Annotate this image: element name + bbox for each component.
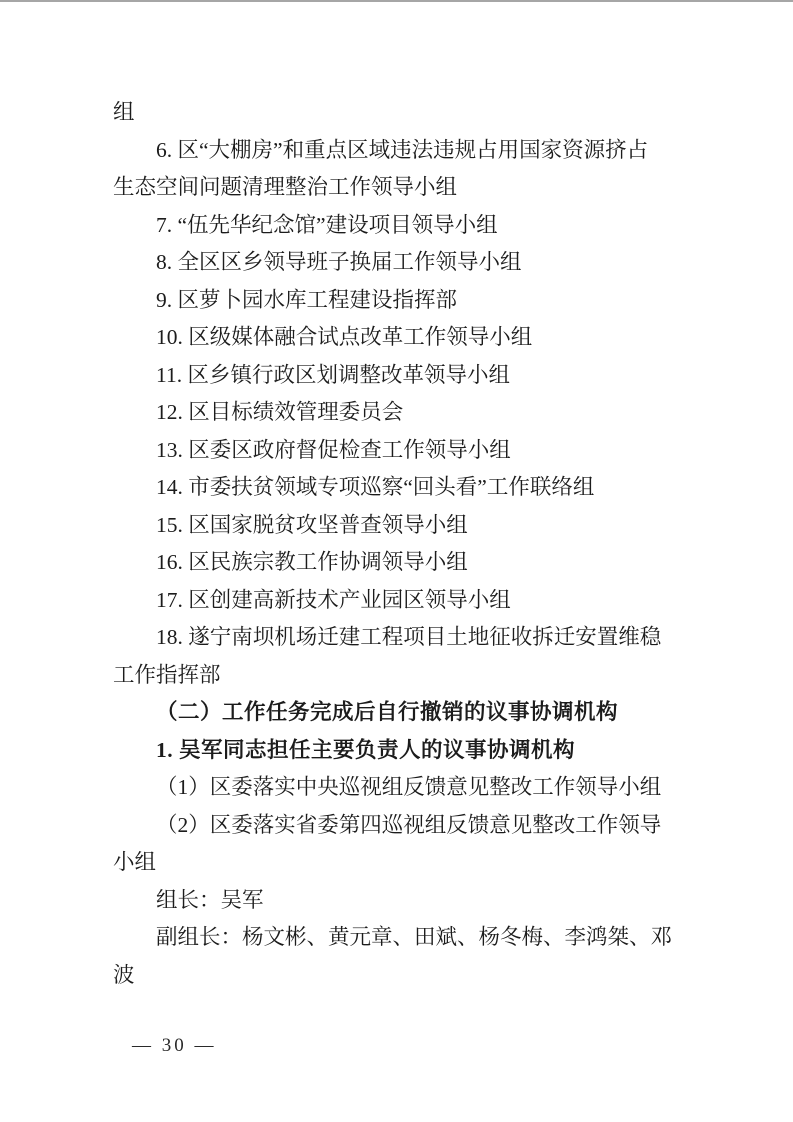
document-line: 15. 区国家脱贫攻坚普查领导小组 <box>113 507 688 545</box>
document-line: 14. 市委扶贫领域专项巡察“回头看”工作联络组 <box>113 469 688 507</box>
document-line: 8. 全区区乡领导班子换届工作领导小组 <box>113 244 688 282</box>
document-line: 工作指挥部 <box>113 657 688 695</box>
document-line: 11. 区乡镇行政区划调整改革领导小组 <box>113 357 688 395</box>
document-line: 组 <box>113 94 688 132</box>
document-line: （1）区委落实中央巡视组反馈意见整改工作领导小组 <box>113 769 688 807</box>
document-line: 17. 区创建高新技术产业园区领导小组 <box>113 582 688 620</box>
document-line: 13. 区委区政府督促检查工作领导小组 <box>113 432 688 470</box>
document-line: 12. 区目标绩效管理委员会 <box>113 394 688 432</box>
document-line: 6. 区“大棚房”和重点区域违法违规占用国家资源挤占 <box>113 132 688 170</box>
document-line: 副组长：杨文彬、黄元章、田斌、杨冬梅、李鸿桀、邓 <box>113 919 688 957</box>
document-line: 1. 吴军同志担任主要负责人的议事协调机构 <box>113 732 688 770</box>
document-line: 波 <box>113 957 688 995</box>
document-line: 生态空间问题清理整治工作领导小组 <box>113 169 688 207</box>
page-number: — 30 — <box>132 1035 217 1057</box>
document-line: 10. 区级媒体融合试点改革工作领导小组 <box>113 319 688 357</box>
document-line: 小组 <box>113 844 688 882</box>
document-line: 9. 区萝卜园水库工程建设指挥部 <box>113 282 688 320</box>
document-line: （2）区委落实省委第四巡视组反馈意见整改工作领导 <box>113 807 688 845</box>
document-line: 18. 遂宁南坝机场迁建工程项目土地征收拆迁安置维稳 <box>113 619 688 657</box>
document-line: 16. 区民族宗教工作协调领导小组 <box>113 544 688 582</box>
document-body: 组6. 区“大棚房”和重点区域违法违规占用国家资源挤占生态空间问题清理整治工作领… <box>113 94 688 994</box>
document-page: 组6. 区“大棚房”和重点区域违法违规占用国家资源挤占生态空间问题清理整治工作领… <box>0 0 793 1122</box>
document-line: 组长：吴军 <box>113 882 688 920</box>
document-line: （二）工作任务完成后自行撤销的议事协调机构 <box>113 694 688 732</box>
page-top-edge <box>0 0 793 2</box>
document-line: 7. “伍先华纪念馆”建设项目领导小组 <box>113 207 688 245</box>
